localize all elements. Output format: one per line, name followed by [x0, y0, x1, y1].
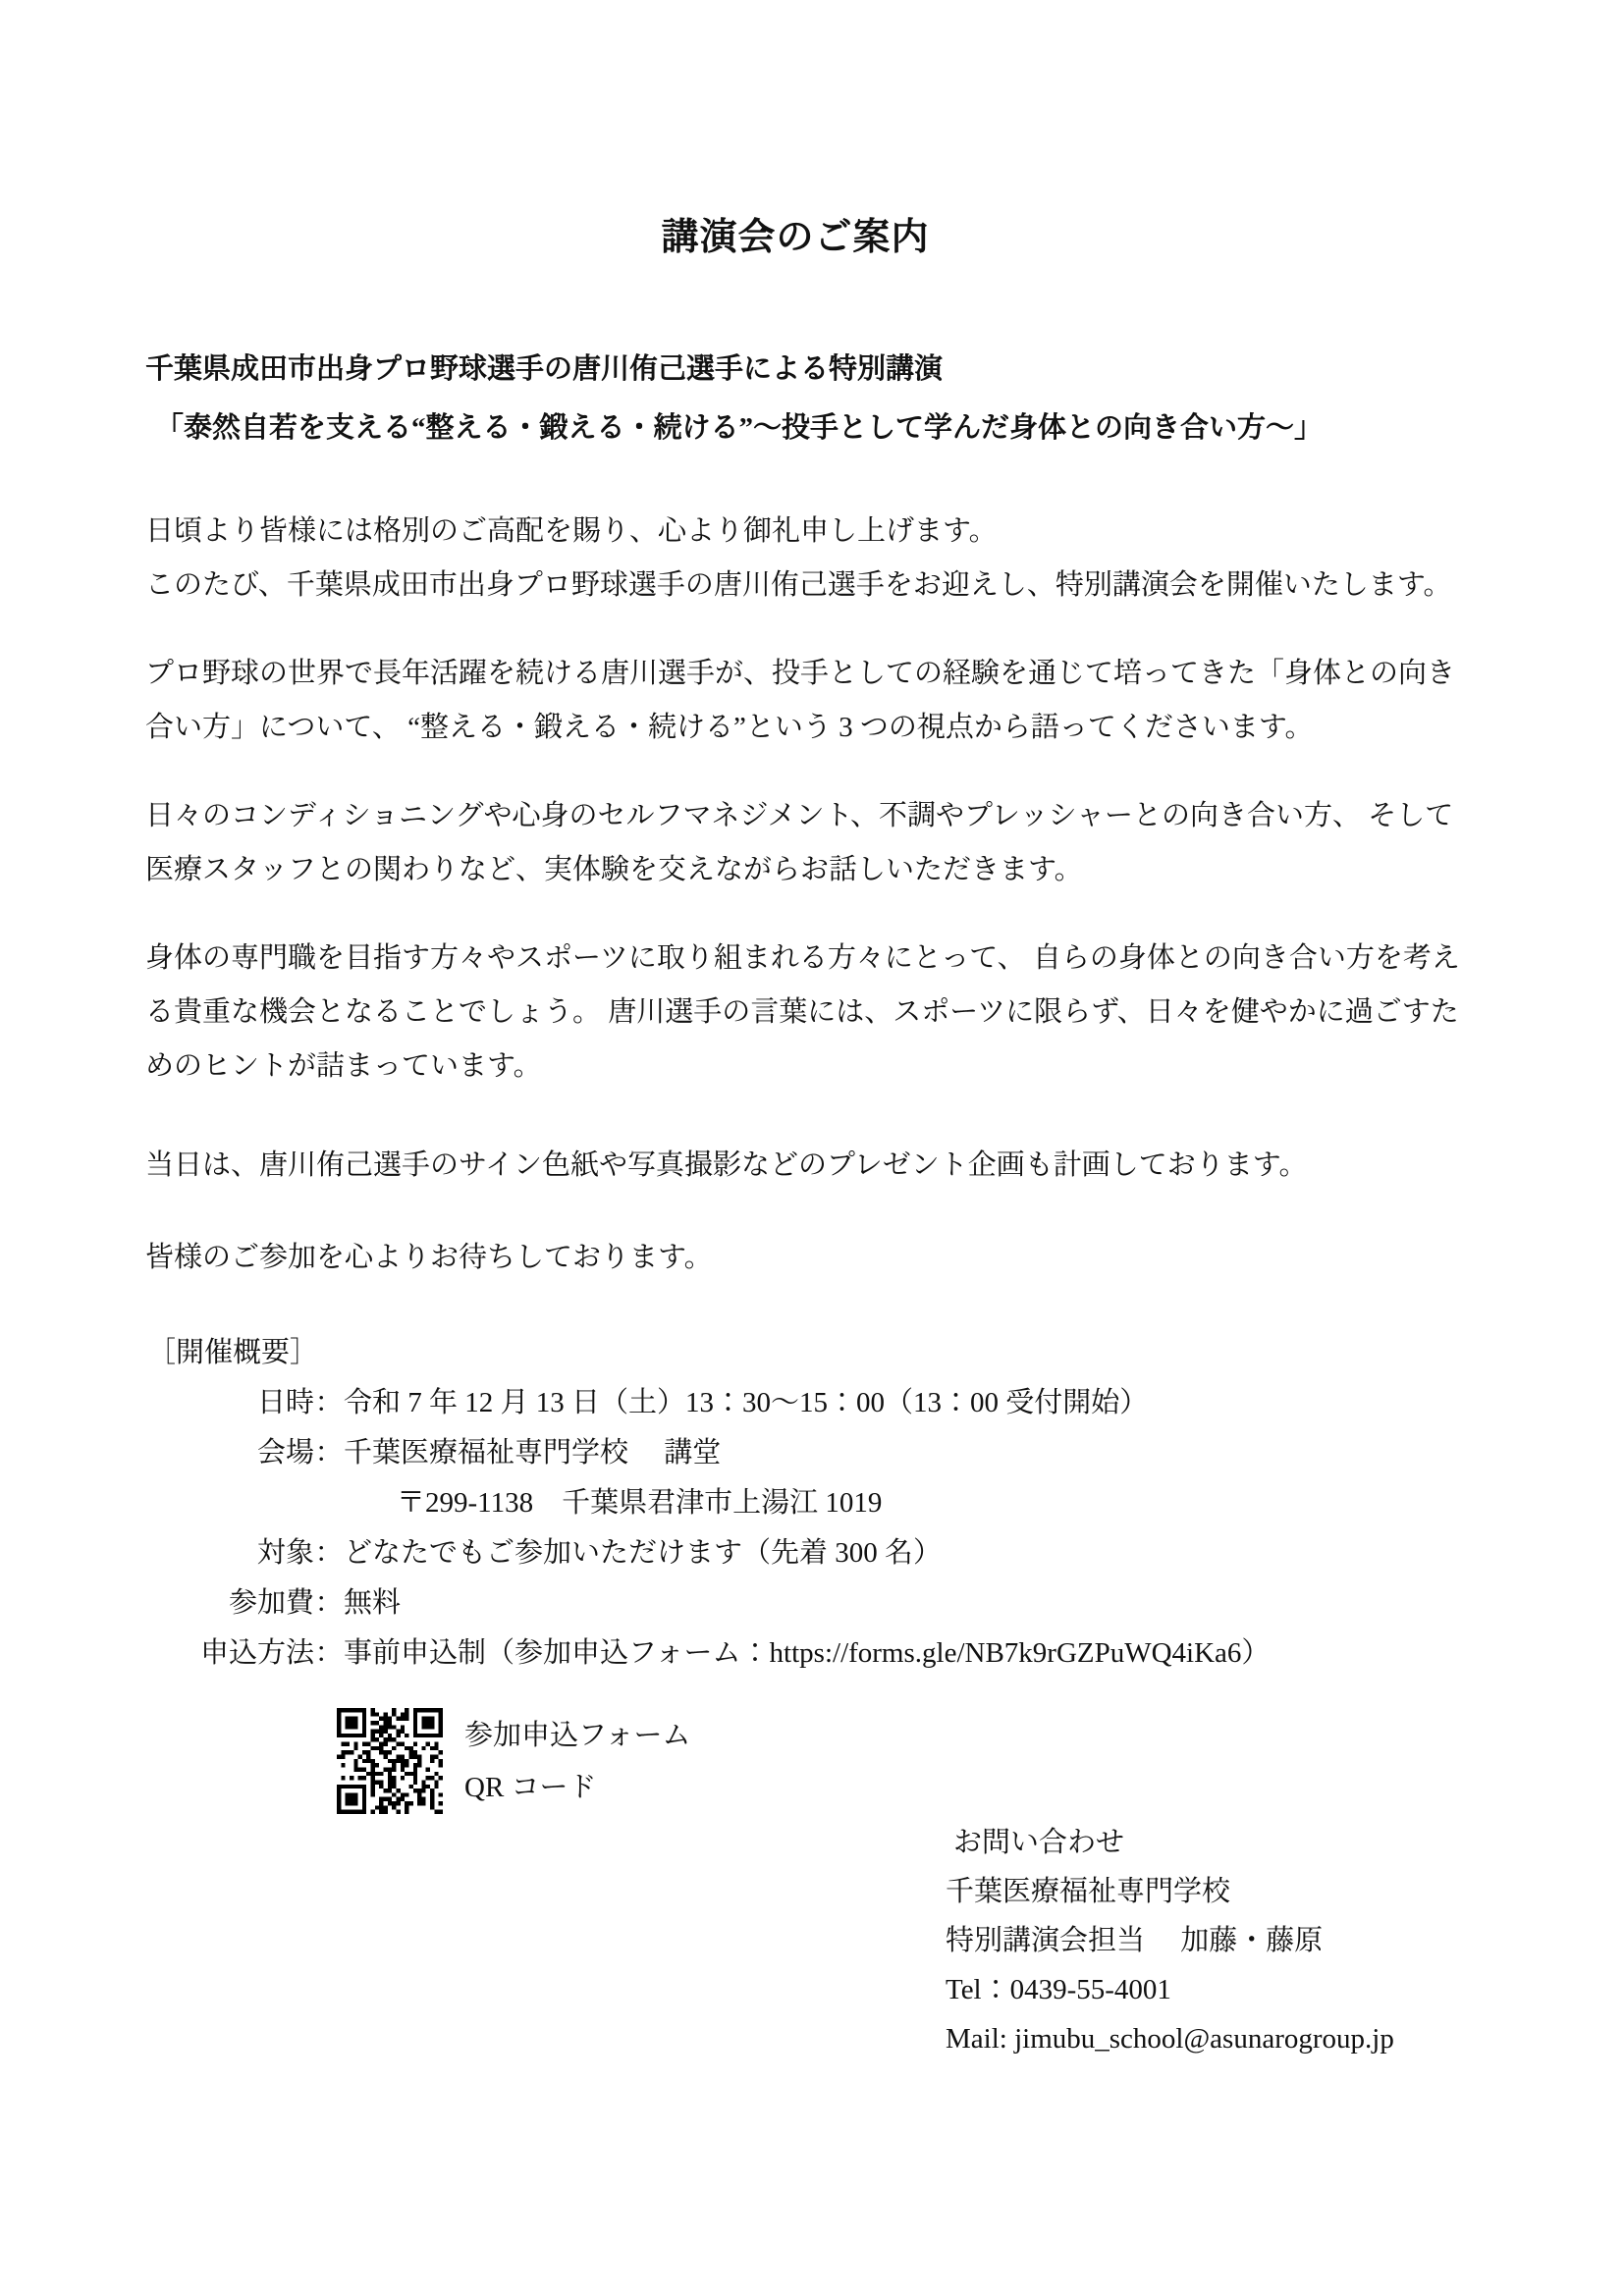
body-line: 合い方」について、 “整える・鍛える・続ける”という 3 つの視点から語ってくだ… — [145, 701, 1505, 755]
qr-caption: 参加申込フォーム QR コード — [464, 1710, 691, 1814]
contact-line-mail: Mail: jimubu_school@asunarogroup.jp — [946, 2014, 1394, 2063]
contact-line-staff: 特別講演会担当 加藤・藤原 — [946, 1916, 1394, 1965]
overview-value: 事前申込制（参加申込フォーム：https://forms.gle/NB7k9rG… — [344, 1629, 1522, 1679]
overview-row-application: 申込方法：事前申込制（参加申込フォーム：https://forms.gle/NB… — [147, 1629, 1522, 1679]
overview-value: どなたでもご参加いただけます（先着 300 名） — [344, 1528, 1522, 1578]
overview-value: 令和 7 年 12 月 13 日（土）13：30～15：00（13：00 受付開… — [344, 1378, 1522, 1428]
overview-label — [147, 1478, 314, 1528]
qr-caption-line: QR コード — [464, 1762, 691, 1814]
overview-row-datetime: 日時：令和 7 年 12 月 13 日（土）13：30～15：00（13：00 … — [147, 1378, 1522, 1428]
lecture-headline: 千葉県成田市出身プロ野球選手の唐川侑己選手による特別講演 「泰然自若を支える“整… — [145, 340, 1520, 457]
overview-list: 日時：令和 7 年 12 月 13 日（土）13：30～15：00（13：00 … — [147, 1378, 1522, 1679]
body-paragraph: 当日は、唐川侑己選手のサイン色紙や写真撮影などのプレゼント企画も計画しております… — [145, 1139, 1505, 1193]
body-line: プロ野球の世界で長年活躍を続ける唐川選手が、投手としての経験を通じて培ってきた「… — [145, 647, 1505, 701]
body-line: る貴重な機会となることでしょう。 唐川選手の言葉には、スポーツに限らず、日々を健… — [145, 986, 1505, 1040]
overview-value: 無料 — [344, 1578, 1522, 1629]
contact-heading: お問い合わせ — [946, 1818, 1394, 1867]
overview-label: 申込方法 — [147, 1629, 314, 1679]
overview-row-fee: 参加費：無料 — [147, 1578, 1522, 1629]
body-line: めのヒントが詰まっています。 — [145, 1040, 1505, 1094]
overview-row-audience: 対象：どなたでもご参加いただけます（先着 300 名） — [147, 1528, 1522, 1578]
overview-label: 日時 — [147, 1378, 314, 1428]
overview-label: 参加費 — [147, 1578, 314, 1629]
body-paragraph: 身体の専門職を目指す方々やスポーツに取り組まれる方々にとって、 自らの身体との向… — [145, 932, 1505, 1094]
qr-code-icon — [337, 1708, 443, 1814]
overview-row-address: 〒299-1138 千葉県君津市上湯江 1019 — [147, 1478, 1522, 1528]
overview-row-venue: 会場：千葉医療福祉専門学校 講堂 — [147, 1428, 1522, 1478]
overview-heading: ［開催概要］ — [147, 1327, 318, 1378]
body-line: 日頃より皆様には格別のご高配を賜り、心より御礼申し上げます。 — [145, 505, 1505, 559]
headline-subtitle: 「泰然自若を支える“整える・鍛える・続ける”～投手として学んだ身体との向き合い方… — [145, 399, 1520, 457]
overview-value: 千葉医療福祉専門学校 講堂 — [344, 1428, 1522, 1478]
body-line: 医療スタッフとの関わりなど、実体験を交えながらお話しいただきます。 — [145, 843, 1505, 897]
body-line: 日々のコンディショニングや心身のセルフマネジメント、不調やプレッシャーとの向き合… — [145, 789, 1505, 843]
headline-line: 千葉県成田市出身プロ野球選手の唐川侑己選手による特別講演 — [145, 340, 1520, 399]
document-page: 講演会のご案内 千葉県成田市出身プロ野球選手の唐川侑己選手による特別講演 「泰然… — [0, 0, 1624, 2296]
body-paragraph: プロ野球の世界で長年活躍を続ける唐川選手が、投手としての経験を通じて培ってきた「… — [145, 647, 1505, 755]
body-line: 当日は、唐川侑己選手のサイン色紙や写真撮影などのプレゼント企画も計画しております… — [145, 1139, 1505, 1193]
qr-caption-line: 参加申込フォーム — [464, 1710, 691, 1762]
body-paragraph: 日頃より皆様には格別のご高配を賜り、心より御礼申し上げます。 このたび、千葉県成… — [145, 505, 1505, 613]
page-title: 講演会のご案内 — [0, 214, 1591, 261]
contact-line-tel: Tel：0439-55-4001 — [946, 1965, 1394, 2014]
body-line: このたび、千葉県成田市出身プロ野球選手の唐川侑己選手をお迎えし、特別講演会を開催… — [145, 559, 1505, 613]
body-paragraph: 皆様のご参加を心よりお待ちしております。 — [145, 1231, 1505, 1285]
body-line: 皆様のご参加を心よりお待ちしております。 — [145, 1231, 1505, 1285]
overview-label: 会場 — [147, 1428, 314, 1478]
body-paragraph: 日々のコンディショニングや心身のセルフマネジメント、不調やプレッシャーとの向き合… — [145, 789, 1505, 897]
overview-label: 対象 — [147, 1528, 314, 1578]
contact-line-school: 千葉医療福祉専門学校 — [946, 1867, 1394, 1916]
contact-block: お問い合わせ 千葉医療福祉専門学校 特別講演会担当 加藤・藤原 Tel：0439… — [946, 1818, 1394, 2063]
overview-value: 〒299-1138 千葉県君津市上湯江 1019 — [344, 1478, 1522, 1528]
body-line: 身体の専門職を目指す方々やスポーツに取り組まれる方々にとって、 自らの身体との向… — [145, 932, 1505, 986]
